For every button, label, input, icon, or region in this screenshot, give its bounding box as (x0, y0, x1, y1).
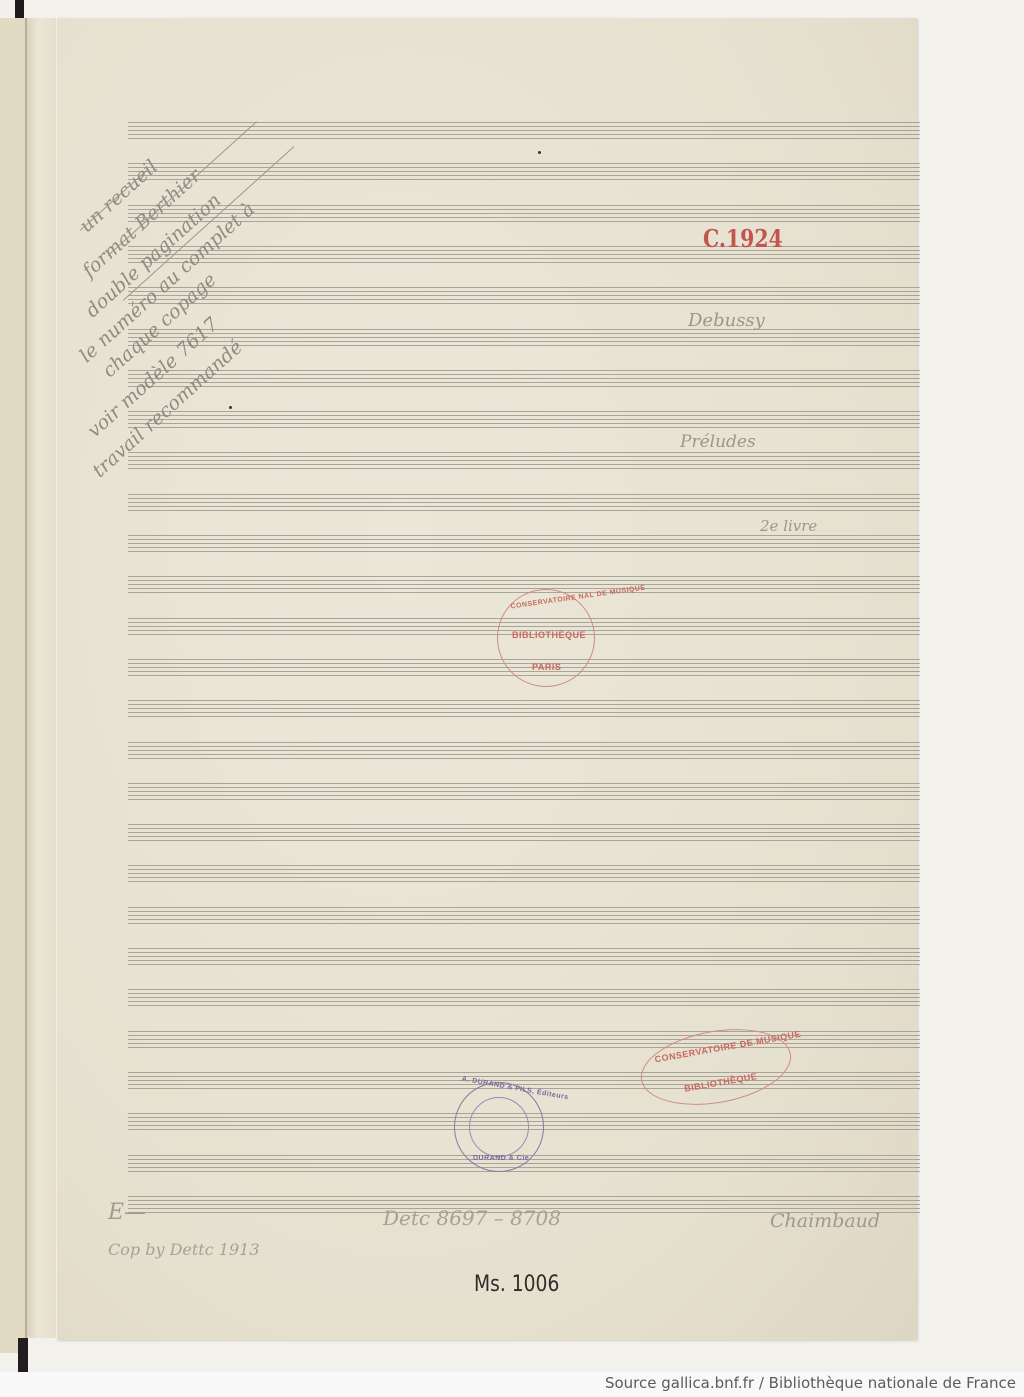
ink-dot (538, 151, 541, 154)
staff (128, 907, 920, 927)
staff (128, 865, 920, 885)
signature: Chaimbaud (770, 1210, 880, 1232)
gutter-fold (25, 18, 27, 1338)
volume-label: 2e livre (760, 517, 817, 535)
previous-page-edge (0, 18, 26, 1353)
composer-name: Debussy (688, 310, 765, 331)
binding-spine-bottom (18, 1338, 28, 1372)
stamp-center-text: BIBLIOTHÈQUE (512, 630, 586, 640)
staff (128, 535, 920, 555)
copyist-note: Cop by Dettc 1913 (108, 1240, 260, 1259)
plate-numbers: Detc 8697 – 8708 (383, 1206, 561, 1230)
ms-call-number: Ms. 1006 (474, 1272, 559, 1297)
pencil-instructions: un recueil format Berthier double pagina… (68, 90, 348, 470)
work-title: Préludes (680, 432, 756, 452)
conservatoire-round-stamp: CONSERVATOIRE NAL DE MUSIQUE BIBLIOTHÈQU… (497, 589, 595, 687)
binding-spine-top (15, 0, 24, 18)
staff (128, 948, 920, 968)
staff (128, 1031, 920, 1051)
letter-mark: E— (108, 1200, 146, 1225)
staff (128, 989, 920, 1009)
durand-bottom-text: DURAND & Cie (473, 1155, 529, 1162)
staff (128, 494, 920, 514)
stamp-bottom-text: PARIS (532, 662, 561, 672)
page-gutter (26, 18, 56, 1338)
staff (128, 700, 920, 720)
footer-bar: Source gallica.bnf.fr / Bibliothèque nat… (0, 1372, 1024, 1397)
staff (128, 742, 920, 762)
shelfmark-stamp: C.1924 (703, 224, 783, 253)
oval-bottom-text: BIBLIOTHÈQUE (683, 1071, 758, 1094)
staff (128, 824, 920, 844)
stamp-inner-ring (469, 1097, 529, 1157)
staff (128, 783, 920, 803)
durand-stamp: A. DURAND & FILS, Éditeurs DURAND & Cie (454, 1082, 544, 1172)
source-credit: Source gallica.bnf.fr / Bibliothèque nat… (605, 1374, 1016, 1392)
